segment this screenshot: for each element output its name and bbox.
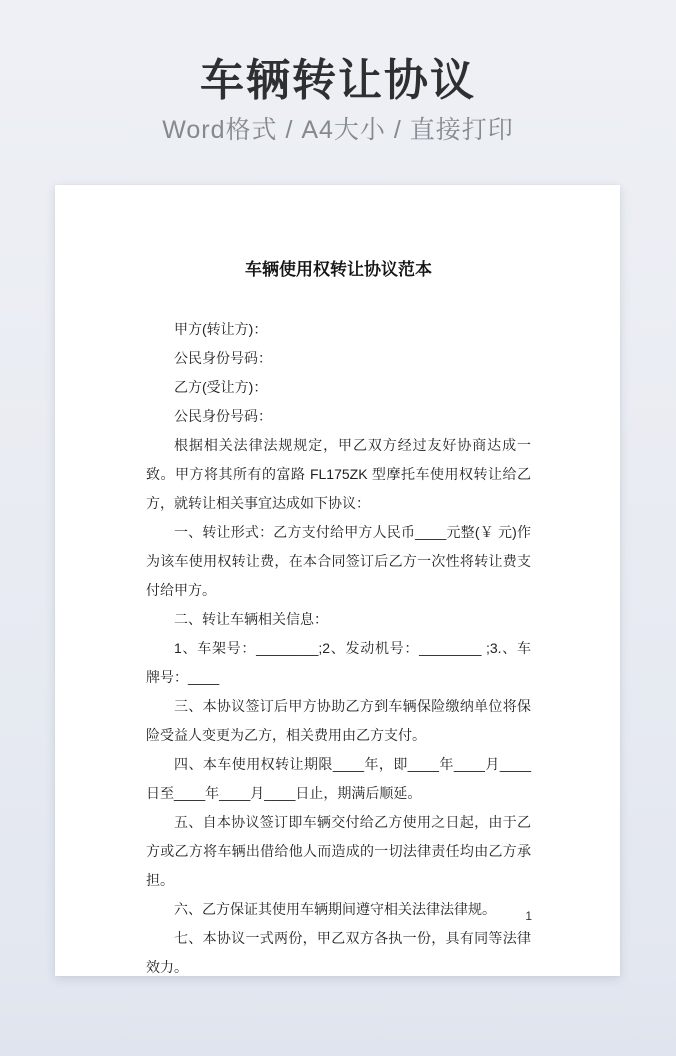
document-title: 车辆使用权转让协议范本	[146, 259, 531, 281]
paragraph-clause-6: 六、乙方保证其使用车辆期间遵守相关法律法律规。	[146, 895, 531, 924]
paragraph-clause-7: 七、本协议一式两份，甲乙双方各执一份，具有同等法律效力。	[146, 924, 531, 982]
document-page: 车辆使用权转让协议范本 甲方(转让方)： 公民身份号码： 乙方(受让方)： 公民…	[55, 185, 620, 976]
page-title: 车辆转让协议	[0, 57, 676, 105]
paragraph-preamble: 根据相关法律法规规定，甲乙双方经过友好协商达成一致。甲方将其所有的富路 FL17…	[146, 431, 531, 518]
paragraph-clause-1: 一、转让形式：乙方支付给甲方人民币____元整(￥ 元)作为该车使用权转让费，在…	[146, 518, 531, 605]
paragraph-clause-4: 四、本车使用权转让期限____年，即____年____月____日至____年_…	[146, 750, 531, 808]
paragraph-clause-5: 五、自本协议签订即车辆交付给乙方使用之日起，由于乙方或乙方将车辆出借给他人而造成…	[146, 808, 531, 895]
paragraph-party-b: 乙方(受让方)：	[146, 373, 531, 402]
paragraph-vehicle-info: 1、车架号：________;2、发动机号：________ ;3.、车牌号：_…	[146, 634, 531, 692]
paragraph-party-a-id: 公民身份号码：	[146, 344, 531, 373]
page-subtitle: Word格式 / A4大小 / 直接打印	[0, 115, 676, 145]
paragraph-party-a: 甲方(转让方)：	[146, 315, 531, 344]
page-number: 1	[525, 909, 532, 923]
header-banner: 车辆转让协议 Word格式 / A4大小 / 直接打印	[0, 0, 676, 145]
paragraph-clause-3: 三、本协议签订后甲方协助乙方到车辆保险缴纳单位将保险受益人变更为乙方，相关费用由…	[146, 692, 531, 750]
paragraph-party-b-id: 公民身份号码：	[146, 402, 531, 431]
paragraph-clause-2: 二、转让车辆相关信息：	[146, 605, 531, 634]
document-content: 车辆使用权转让协议范本 甲方(转让方)： 公民身份号码： 乙方(受让方)： 公民…	[55, 185, 620, 982]
